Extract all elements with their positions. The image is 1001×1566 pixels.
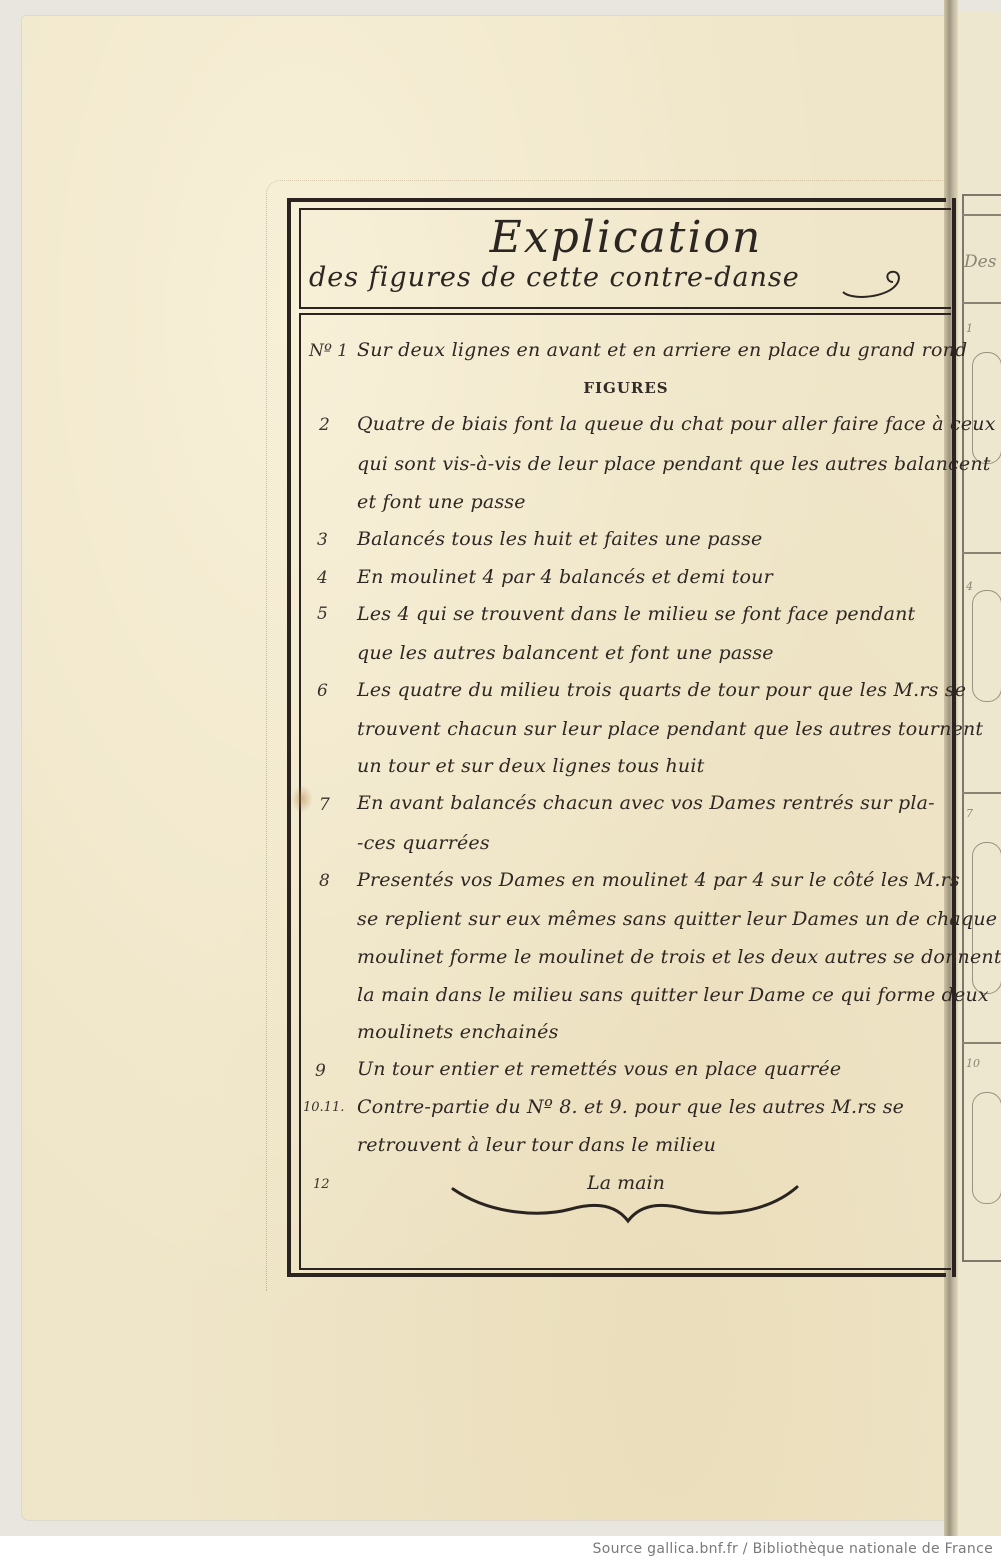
entry-text: la main dans le milieu sans quitter leur…	[357, 984, 989, 1006]
decorative-brace-icon	[451, 1185, 801, 1235]
entry-text: moulinets enchainés	[357, 1021, 559, 1043]
entry-text: trouvent chacun sur leur place pendant q…	[357, 718, 983, 740]
adjacent-divider	[962, 302, 1001, 304]
explication-body: Nº 1 Sur deux lignes en avant et en arri…	[299, 313, 951, 1270]
document-title: Explication	[301, 212, 951, 263]
entry-text: retrouvent à leur tour dans le milieu	[357, 1134, 716, 1156]
entry-number: 2	[319, 415, 330, 435]
entry-number: 5	[317, 604, 328, 624]
entry-text: et font une passe	[357, 491, 526, 513]
adjacent-divider	[962, 552, 1001, 554]
adjacent-divider	[962, 792, 1001, 794]
entry-number: 8	[319, 871, 330, 891]
dance-figure-diagram	[972, 352, 1001, 464]
entry-text: Presentés vos Dames en moulinet 4 par 4 …	[357, 869, 960, 891]
entry-text: Les 4 qui se trouvent dans le milieu se …	[357, 603, 915, 625]
entry-number: 7	[319, 795, 330, 815]
adjacent-figure-number: 7	[966, 807, 973, 820]
dance-figure-diagram	[972, 1092, 1001, 1204]
flourish-icon	[841, 266, 911, 302]
adjacent-page: Des f 1 4 7 10	[958, 12, 1001, 1536]
entry-text: Les quatre du milieu trois quarts de tou…	[357, 679, 966, 701]
entry-text: En moulinet 4 par 4 balancés et demi tou…	[357, 566, 773, 588]
entry-text: qui sont vis-à-vis de leur place pendant…	[357, 453, 991, 475]
entry-number: 6	[317, 681, 328, 701]
entry-number: 4	[317, 568, 328, 588]
document-subtitle: des figures de cette contre-danse	[309, 262, 800, 293]
adjacent-figure-number: 10	[966, 1057, 980, 1070]
dance-figure-diagram	[972, 590, 1001, 702]
entry-text: Sur deux lignes en avant et en arriere e…	[357, 339, 967, 361]
source-caption: Source gallica.bnf.fr / Bibliothèque nat…	[593, 1541, 993, 1557]
entry-text: un tour et sur deux lignes tous huit	[357, 755, 704, 777]
entry-text: que les autres balancent et font une pas…	[357, 642, 774, 664]
entry-number: 9	[315, 1061, 326, 1081]
entry-text: Contre-partie du Nº 8. et 9. pour que le…	[357, 1096, 904, 1118]
adjacent-page-title: Des f	[964, 252, 1001, 272]
section-heading: FIGURES	[301, 379, 951, 397]
entry-text: Balancés tous les huit et faites une pas…	[357, 528, 762, 550]
entry-text: moulinet forme le moulinet de trois et l…	[357, 946, 1001, 968]
entry-text: En avant balancés chacun avec vos Dames …	[357, 792, 935, 814]
entry-text: se replient sur eux mêmes sans quitter l…	[357, 908, 997, 930]
entry-number: Nº 1	[309, 341, 348, 361]
adjacent-figure-number: 1	[966, 322, 973, 335]
title-cartouche: Explication des figures de cette contre-…	[299, 208, 951, 309]
foxing-stain	[291, 785, 313, 813]
adjacent-figure-number: 4	[966, 580, 973, 593]
adjacent-divider	[962, 214, 1001, 216]
entry-text: Quatre de biais font la queue du chat po…	[357, 413, 996, 435]
entry-number: 3	[317, 530, 328, 550]
entry-number: 10.11.	[303, 1100, 344, 1115]
entry-text: -ces quarrées	[357, 832, 490, 854]
adjacent-divider	[962, 1042, 1001, 1044]
entry-text: Un tour entier et remettés vous en place…	[357, 1058, 841, 1080]
